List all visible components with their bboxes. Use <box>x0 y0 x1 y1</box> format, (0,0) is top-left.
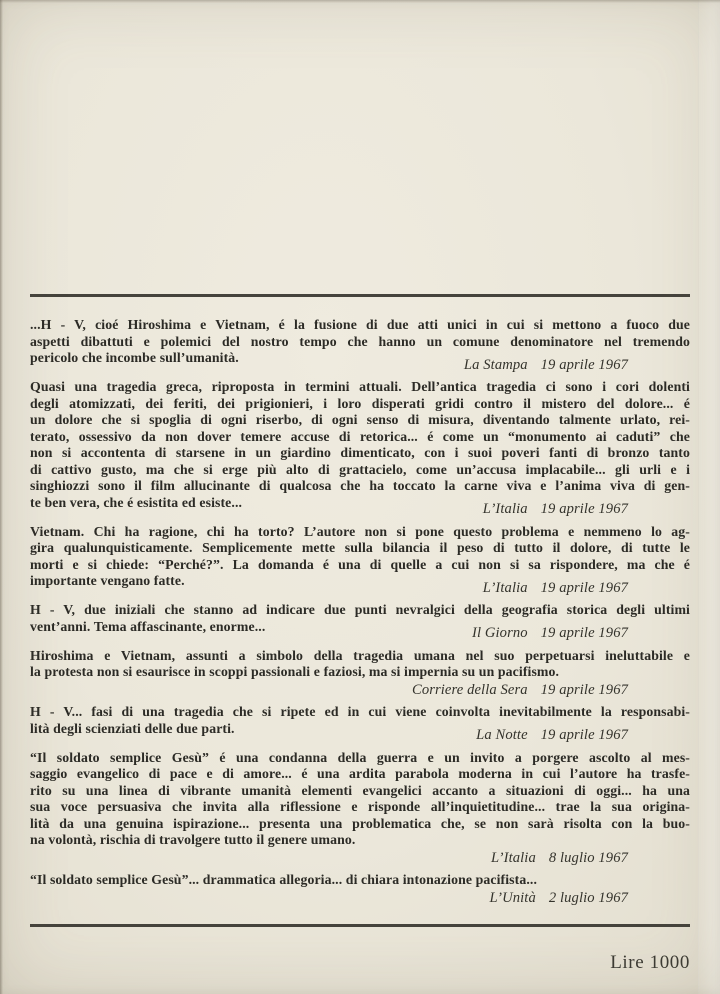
quote-line: la protesta non si esaurisce in scoppi p… <box>30 664 690 681</box>
quote-line: non si accontenta di starsene in un giar… <box>30 445 690 462</box>
scan-left-edge <box>0 0 3 994</box>
quote-line: “Il soldato semplice Gesù” é una condann… <box>30 750 690 767</box>
quote-line: morti e si chiede: “Perché?”. La domanda… <box>30 557 690 574</box>
quote-line: Hiroshima e Vietnam, assunti a simbolo d… <box>30 648 690 665</box>
quote-line: terato, ossessivo da non dover temere ac… <box>30 429 690 446</box>
publication-name: La Notte <box>476 727 527 743</box>
quote-line: aspetti dibattuti e polemici del nostro … <box>30 334 690 351</box>
quote-line: H - V... fasi di una tragedia che si rip… <box>30 704 690 721</box>
price-label: Lire 1000 <box>30 952 690 974</box>
review-date: 19 aprile 1967 <box>541 501 628 517</box>
footer: Lire 1000 <box>30 924 690 974</box>
quote-attribution: L’Italia8 luglio 1967 <box>30 850 690 867</box>
publication-name: Corriere della Sera <box>412 682 528 698</box>
press-quote: Quasi una tragedia greca, riproposta in … <box>30 379 690 518</box>
press-quote: Hiroshima e Vietnam, assunti a simbolo d… <box>30 648 690 699</box>
quote-line: rito su una linea di vibrante umanità el… <box>30 783 690 800</box>
press-quote: H - V... fasi di una tragedia che si rip… <box>30 704 690 744</box>
quote-line: ...H - V, cioé Hiroshima e Vietnam, é la… <box>30 317 690 334</box>
press-quotes-list: ...H - V, cioé Hiroshima e Vietnam, é la… <box>30 317 690 906</box>
quote-text: Hiroshima e Vietnam, assunti a simbolo d… <box>30 648 690 681</box>
publication-name: L’Italia <box>491 850 536 866</box>
quote-line: Vietnam. Chi ha ragione, chi ha torto? L… <box>30 524 690 541</box>
review-date: 2 luglio 1967 <box>549 890 628 906</box>
review-date: 19 aprile 1967 <box>541 357 628 373</box>
review-date: 19 aprile 1967 <box>541 625 628 641</box>
quote-line: na volontà, rischia di travolgere tutto … <box>30 832 690 849</box>
press-quote: “Il soldato semplice Gesù” é una condann… <box>30 750 690 867</box>
scan-right-edge <box>698 0 720 994</box>
press-quote: “Il soldato semplice Gesù”... drammatica… <box>30 872 690 906</box>
scan-top-edge <box>0 0 720 3</box>
quote-text: Quasi una tragedia greca, riproposta in … <box>30 379 690 511</box>
publication-name: La Stampa <box>464 357 528 373</box>
top-rule <box>30 294 690 297</box>
review-date: 8 luglio 1967 <box>549 850 628 866</box>
quote-text: “Il soldato semplice Gesù”... drammatica… <box>30 872 690 889</box>
quote-attribution: Corriere della Sera19 aprile 1967 <box>30 682 690 699</box>
publication-name: L’Italia <box>483 501 528 517</box>
quote-text: “Il soldato semplice Gesù” é una condann… <box>30 750 690 849</box>
quote-line: singhiozzi sono il film allucinante di q… <box>30 478 690 495</box>
publication-name: L’Unità <box>489 890 535 906</box>
press-quote: H - V, due iniziali che stanno ad indica… <box>30 602 690 642</box>
review-date: 19 aprile 1967 <box>541 727 628 743</box>
quote-line: degli atomizzati, dei feriti, dei prigio… <box>30 396 690 413</box>
review-date: 19 aprile 1967 <box>541 580 628 596</box>
quote-line: saggio evangelico di pace e di amore... … <box>30 766 690 783</box>
press-quote: Vietnam. Chi ha ragione, chi ha torto? L… <box>30 524 690 597</box>
quote-line: lità da una genuina ispirazione... prese… <box>30 816 690 833</box>
book-back-cover: ...H - V, cioé Hiroshima e Vietnam, é la… <box>0 0 720 994</box>
quote-line: di cattivo gusto, ma che si erge più alt… <box>30 462 690 479</box>
quote-line: H - V, due iniziali che stanno ad indica… <box>30 602 690 619</box>
press-reviews-section: ...H - V, cioé Hiroshima e Vietnam, é la… <box>30 294 690 912</box>
quote-line: gira qualunquisticamente. Semplicemente … <box>30 540 690 557</box>
review-date: 19 aprile 1967 <box>541 682 628 698</box>
quote-line: “Il soldato semplice Gesù”... drammatica… <box>30 872 690 889</box>
quote-line: Quasi una tragedia greca, riproposta in … <box>30 379 690 396</box>
bottom-rule <box>30 924 690 927</box>
publication-name: Il Giorno <box>472 625 528 641</box>
press-quote: ...H - V, cioé Hiroshima e Vietnam, é la… <box>30 317 690 373</box>
publication-name: L’Italia <box>483 580 528 596</box>
quote-attribution: L’Unità2 luglio 1967 <box>30 890 690 907</box>
quote-line: sua voce persuasiva che invita alla rifl… <box>30 799 690 816</box>
quote-line: un dolore che si spoglia di ogni riserbo… <box>30 412 690 429</box>
